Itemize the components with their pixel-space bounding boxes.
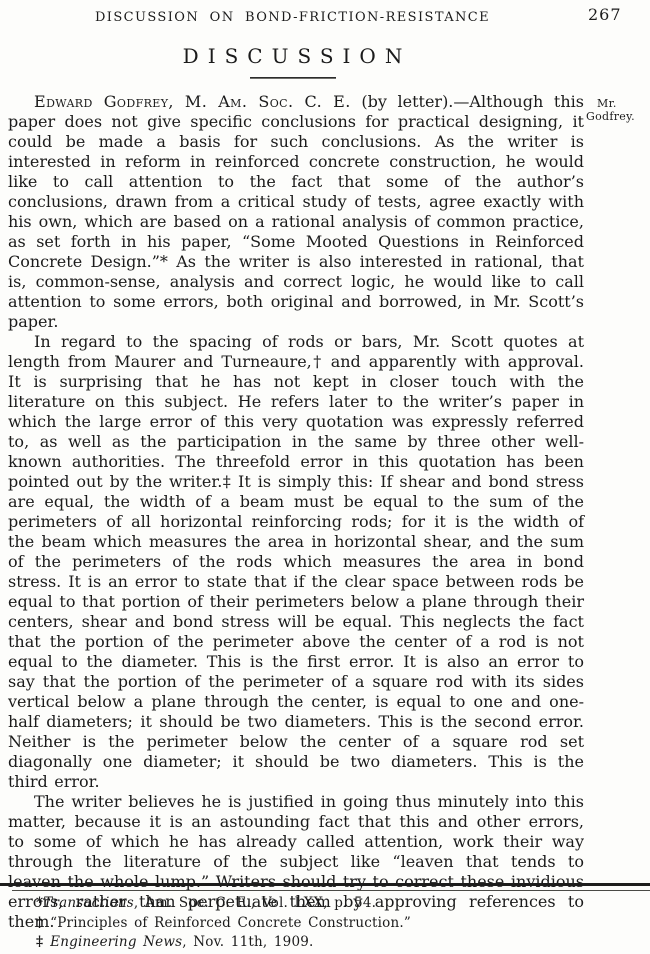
body-text: Edward Godfrey, M. Am. Soc. C. E. (by le… — [8, 92, 584, 932]
book-page: Discussion on Bond-Friction-Resistance 2… — [0, 0, 650, 954]
footnote-1-source: Transactions — [43, 895, 134, 911]
title-rule-divider — [250, 77, 336, 79]
running-header: Discussion on Bond-Friction-Resistance — [0, 6, 585, 25]
footnote-3-source: Engineering News — [50, 934, 182, 950]
footnote-rule-thin — [12, 890, 650, 891]
paragraph-1: Edward Godfrey, M. Am. Soc. C. E. (by le… — [8, 92, 584, 332]
footnote-1-text: , Am. Soc. C. E., Vol. LXX, p. 54. — [134, 895, 376, 911]
page-number: 267 — [588, 5, 643, 24]
paragraph-1-text: (by letter).—Although this paper does no… — [8, 92, 584, 331]
footnote-3-marker: ‡ — [36, 934, 50, 950]
speaker-name: Edward Godfrey, M. Am. Soc. C. E. — [34, 92, 351, 111]
footnotes: *Transactions, Am. Soc. C. E., Vol. LXX,… — [36, 894, 596, 953]
footnote-3-text: , Nov. 11th, 1909. — [182, 934, 313, 950]
paragraph-2: In regard to the spacing of rods or bars… — [8, 332, 584, 792]
footnote-3: ‡ Engineering News, Nov. 11th, 1909. — [36, 933, 596, 953]
section-title: DISCUSSION — [0, 44, 585, 68]
footnote-rule-thick — [0, 883, 650, 886]
footnote-1: *Transactions, Am. Soc. C. E., Vol. LXX,… — [36, 894, 596, 914]
footnote-2-text: “Principles of Reinforced Concrete Const… — [50, 915, 411, 931]
footnote-2-marker: † — [36, 915, 50, 931]
margin-note-speaker: Mr. Godfrey. — [586, 98, 646, 123]
margin-note-line1: Mr. — [586, 98, 646, 111]
footnote-2: † “Principles of Reinforced Concrete Con… — [36, 914, 596, 934]
margin-note-line2: Godfrey. — [586, 111, 646, 124]
running-header-title: Discussion on Bond-Friction-Resistance — [95, 10, 490, 25]
